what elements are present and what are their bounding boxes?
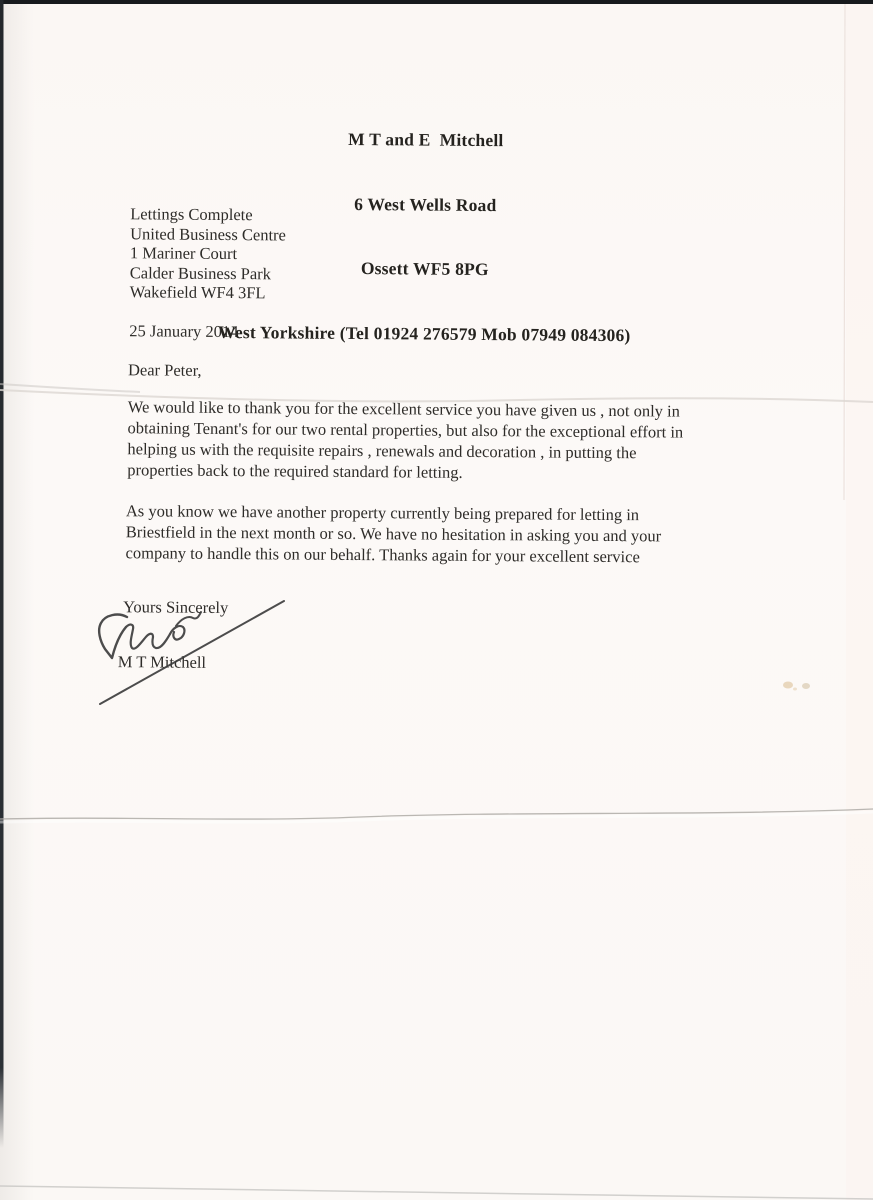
signed-name: M T Mitchell xyxy=(118,652,206,673)
body-paragraph-1: We would like to thank you for the excel… xyxy=(127,396,748,485)
letter-content: M T and E Mitchell 6 West Wells Road Oss… xyxy=(0,0,873,1200)
sender-county-contact: West Yorkshire (Tel 01924 276579 Mob 079… xyxy=(0,320,850,348)
body-paragraph-2: As you know we have another property cur… xyxy=(126,500,756,568)
salutation: Dear Peter, xyxy=(128,360,202,381)
scanned-letter-page: M T and E Mitchell 6 West Wells Road Oss… xyxy=(0,0,873,1200)
sender-town: Ossett WF5 8PG xyxy=(0,255,851,283)
sender-address-block: M T and E Mitchell 6 West Wells Road Oss… xyxy=(0,83,852,391)
recipient-address-block: Lettings Complete United Business Centre… xyxy=(130,204,287,303)
sender-name: M T and E Mitchell xyxy=(0,126,852,154)
closing-valediction: Yours Sincerely xyxy=(123,597,228,618)
sender-street: 6 West Wells Road xyxy=(0,191,851,219)
letter-date: 25 January 2014 xyxy=(129,321,238,342)
